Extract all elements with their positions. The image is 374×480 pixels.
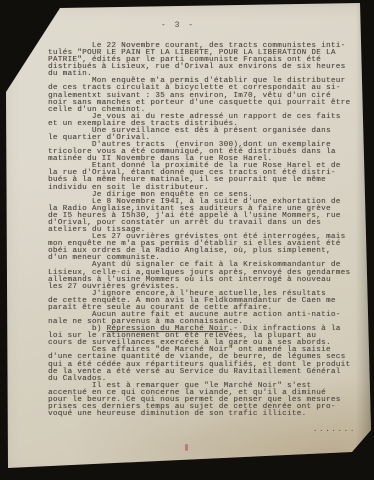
document-body: Le 22 Novembre courant, des tracts commu…	[48, 43, 360, 418]
paragraphs-bottom: loi sur le rationnement ont été relevées…	[48, 333, 360, 418]
page-number: - 3 -	[0, 21, 365, 30]
paragraphs-top: Le 22 Novembre courant, des tracts commu…	[48, 43, 360, 326]
document-line: voqué une heureuse diminution de son tra…	[48, 411, 360, 418]
scanned-page: - 3 - Le 22 Novembre courant, des tracts…	[0, 0, 374, 480]
trailing-dots: .......	[313, 426, 356, 434]
document-line: distribués à Lisieux, rue d'Orival aux e…	[48, 64, 360, 71]
pink-ink-mark	[185, 444, 188, 451]
